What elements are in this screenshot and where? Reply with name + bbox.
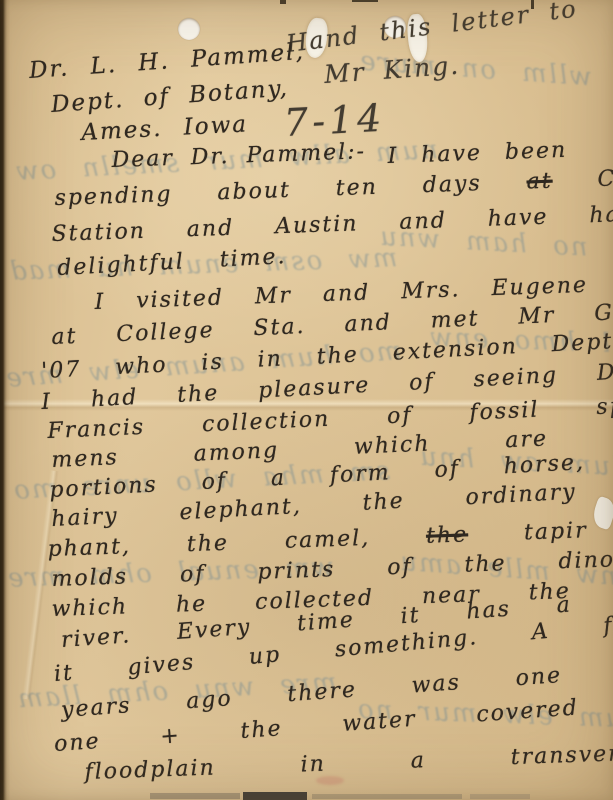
hole-punch	[178, 18, 200, 40]
date-note: 7-14	[283, 99, 386, 142]
bottom-edge-mark	[470, 794, 530, 799]
bottom-edge-mark	[150, 793, 240, 799]
bottom-edge-mark	[243, 792, 307, 800]
salutation-continuation: I have been	[387, 140, 567, 168]
struck-word: the	[426, 522, 469, 548]
letter-page: num allw mur smelln ow the mnd wllm on m…	[0, 0, 613, 800]
edge-speck	[352, 0, 378, 2]
address-line: Ames. Iowa	[81, 113, 249, 145]
ink-smudge	[316, 776, 344, 785]
edge-speck	[280, 0, 286, 4]
line-text: College	[552, 164, 613, 194]
line-text: tapir and	[468, 515, 613, 548]
address-line: Dept. of Botany,	[50, 77, 289, 117]
annotation-line: Hand this letter to	[285, 0, 579, 56]
struck-word: at	[526, 169, 553, 195]
scan-edge	[0, 0, 10, 800]
bottom-edge-mark	[312, 794, 462, 799]
